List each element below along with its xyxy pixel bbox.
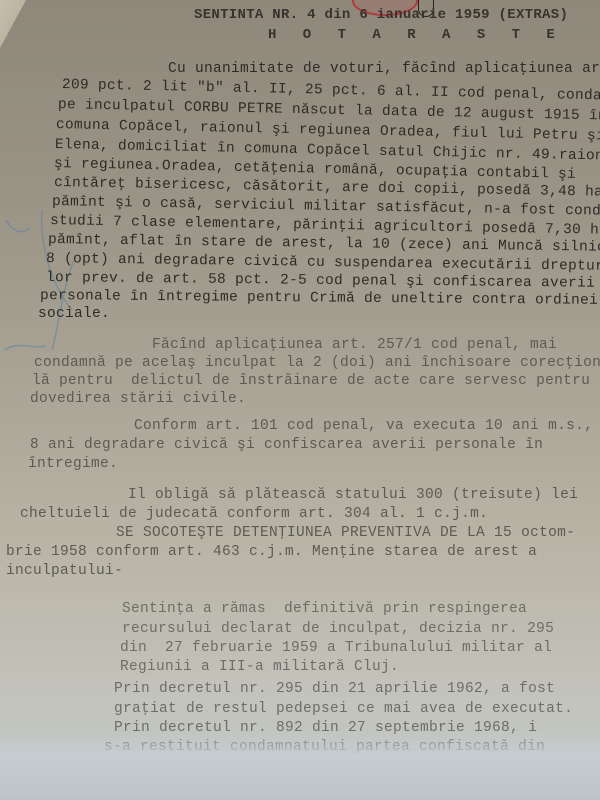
text-line: cheltuieli de judecată conform art. 304 … <box>20 505 488 523</box>
document-title: SENTINTA NR. 4 din 6 ianuarie 1959 (EXTR… <box>194 6 568 24</box>
text-line: sociale. <box>38 305 110 323</box>
text-line: brie 1958 conform art. 463 c.j.m. Menţin… <box>6 543 537 561</box>
lighting-gradient <box>0 730 600 800</box>
text-line: Conform art. 101 cod penal, va executa 1… <box>134 417 593 435</box>
text-line: recursului declarat de inculpat, decizia… <box>122 620 554 638</box>
text-line: din 27 februarie 1959 a Tribunalului mil… <box>120 639 552 657</box>
text-line: SE SOCOTEŞTE DETENŢIUNEA PREVENTIVA DE L… <box>116 524 575 542</box>
text-line: Il obligă să plătească statului 300 (tre… <box>128 486 578 504</box>
text-line: Făcînd aplicaţiunea art. 257/1 cod penal… <box>152 336 557 354</box>
text-line: graţiat de restul pedepsei ce mai avea d… <box>114 700 573 718</box>
text-line: personale în întregime pentru Crimă de u… <box>40 287 598 310</box>
paper-fold <box>0 0 26 48</box>
text-line: Regiunii a III-a militară Cluj. <box>120 658 399 676</box>
text-line: 8 ani degradare civică şi confiscarea av… <box>30 436 543 454</box>
document-heading: H O T A R A S T E <box>268 26 564 44</box>
text-line: Cu unanimitate de voturi, făcînd aplicaţ… <box>168 60 600 78</box>
text-line: Sentinţa a rămas definitivă prin resping… <box>122 600 527 618</box>
text-line: întregime. <box>28 455 118 473</box>
text-line: dovedirea stării civile. <box>30 390 246 408</box>
text-line: inculpatului- <box>6 562 123 580</box>
text-line: Prin decretul nr. 295 din 21 aprilie 196… <box>114 680 555 698</box>
text-line: lă pentru delictul de înstrăinare de act… <box>32 372 590 390</box>
text-line: condamnă pe acelaş inculpat la 2 (doi) a… <box>34 354 600 372</box>
